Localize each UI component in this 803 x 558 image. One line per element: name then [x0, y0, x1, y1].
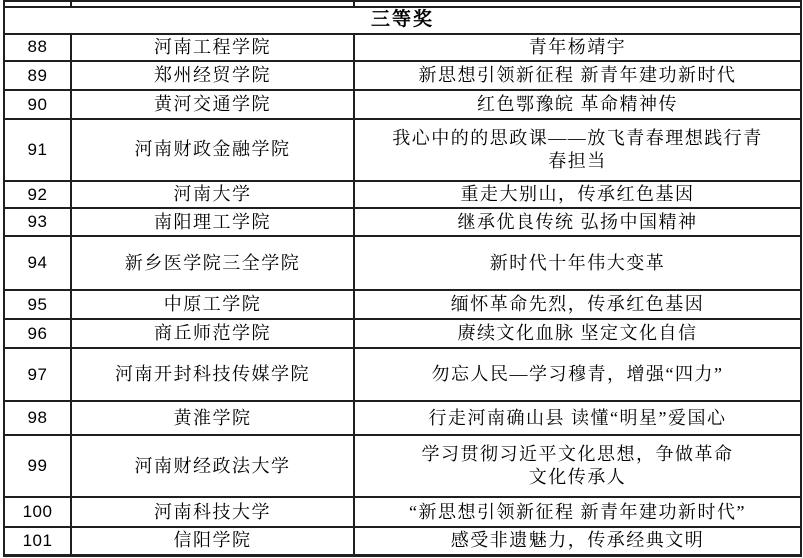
work-title: 新思想引领新征程 新青年建功新时代	[354, 61, 801, 90]
work-title: 青年杨靖宇	[354, 34, 801, 61]
work-title: 红色鄂豫皖 革命精神传	[354, 90, 801, 119]
school-name: 新乡医学院三全学院	[71, 236, 354, 290]
row-number: 93	[4, 208, 71, 236]
awards-table-body: 三等奖 88河南工程学院青年杨靖宇89郑州经贸学院新思想引领新征程 新青年建功新…	[4, 1, 801, 555]
school-name: 河南工程学院	[71, 34, 354, 61]
table-row: 94新乡医学院三全学院新时代十年伟大变革	[4, 236, 801, 290]
work-title: 缅怀革命先烈，传承红色基因	[354, 290, 801, 319]
section-header: 三等奖	[4, 7, 801, 34]
row-number: 91	[4, 119, 71, 181]
school-name: 黄淮学院	[71, 401, 354, 435]
work-title: 学习贯彻习近平文化思想，争做革命文化传承人	[354, 435, 801, 497]
work-title: 我心中的的思政课——放飞青春理想践行青春担当	[354, 119, 801, 181]
table-row: 98黄淮学院行走河南确山县 读懂“明星”爱国心	[4, 401, 801, 435]
table-row: 93南阳理工学院继承优良传统 弘扬中国精神	[4, 208, 801, 236]
school-name: 商丘师范学院	[71, 319, 354, 348]
school-name: 信阳学院	[71, 527, 354, 555]
row-number: 99	[4, 435, 71, 497]
school-name: 中原工学院	[71, 290, 354, 319]
table-row: 91河南财政金融学院我心中的的思政课——放飞青春理想践行青春担当	[4, 119, 801, 181]
work-title: 行走河南确山县 读懂“明星”爱国心	[354, 401, 801, 435]
row-number: 100	[4, 497, 71, 527]
school-name: 郑州经贸学院	[71, 61, 354, 90]
work-title: 重走大别山，传承红色基因	[354, 181, 801, 208]
table-row: 97河南开封科技传媒学院勿忘人民—学习穆青，增强“四力”	[4, 348, 801, 401]
row-number: 94	[4, 236, 71, 290]
school-name: 河南大学	[71, 181, 354, 208]
table-row: 101信阳学院感受非遗魅力，传承经典文明	[4, 527, 801, 555]
table-row: 88河南工程学院青年杨靖宇	[4, 34, 801, 61]
school-name: 河南财经政法大学	[71, 435, 354, 497]
row-number: 92	[4, 181, 71, 208]
work-title: 感受非遗魅力，传承经典文明	[354, 527, 801, 555]
school-name: 河南开封科技传媒学院	[71, 348, 354, 401]
row-number: 101	[4, 527, 71, 555]
work-title: 新时代十年伟大变革	[354, 236, 801, 290]
table-row: 89郑州经贸学院新思想引领新征程 新青年建功新时代	[4, 61, 801, 90]
table-row: 96商丘师范学院赓续文化血脉 坚定文化自信	[4, 319, 801, 348]
work-title: “新思想引领新征程 新青年建功新时代”	[354, 497, 801, 527]
table-row: 99河南财经政法大学学习贯彻习近平文化思想，争做革命文化传承人	[4, 435, 801, 497]
row-number: 89	[4, 61, 71, 90]
work-title: 赓续文化血脉 坚定文化自信	[354, 319, 801, 348]
row-number: 98	[4, 401, 71, 435]
row-number: 90	[4, 90, 71, 119]
row-number: 97	[4, 348, 71, 401]
row-number: 88	[4, 34, 71, 61]
school-name: 南阳理工学院	[71, 208, 354, 236]
school-name: 河南科技大学	[71, 497, 354, 527]
table-row: 95中原工学院缅怀革命先烈，传承红色基因	[4, 290, 801, 319]
school-name: 黄河交通学院	[71, 90, 354, 119]
table-row: 90黄河交通学院红色鄂豫皖 革命精神传	[4, 90, 801, 119]
awards-table: 三等奖 88河南工程学院青年杨靖宇89郑州经贸学院新思想引领新征程 新青年建功新…	[3, 0, 802, 557]
section-header-row: 三等奖	[4, 7, 801, 34]
table-row: 92河南大学重走大别山，传承红色基因	[4, 181, 801, 208]
row-number: 96	[4, 319, 71, 348]
row-number: 95	[4, 290, 71, 319]
document-page: 三等奖 88河南工程学院青年杨靖宇89郑州经贸学院新思想引领新征程 新青年建功新…	[0, 0, 803, 558]
table-row: 100河南科技大学“新思想引领新征程 新青年建功新时代”	[4, 497, 801, 527]
work-title: 勿忘人民—学习穆青，增强“四力”	[354, 348, 801, 401]
work-title: 继承优良传统 弘扬中国精神	[354, 208, 801, 236]
school-name: 河南财政金融学院	[71, 119, 354, 181]
